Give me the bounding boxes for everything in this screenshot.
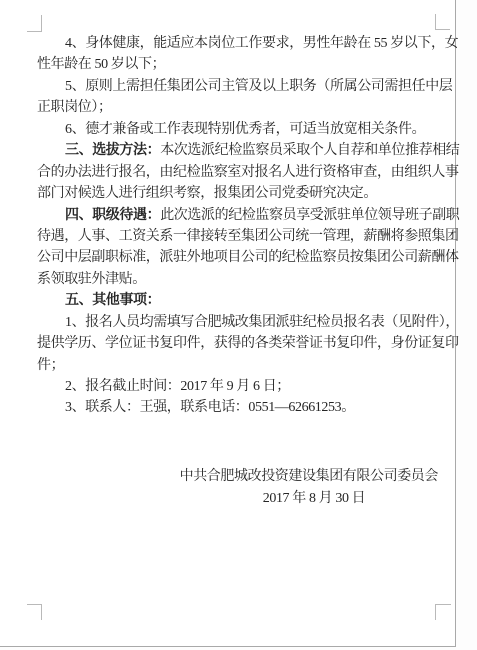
doc-line: 1、报名人员均需填写合肥城改集团派驻纪检员报名表（见附件）， <box>37 312 439 333</box>
doc-line: 6、德才兼备或工作表现特别优秀者，可适当放宽相关条件。 <box>37 119 439 140</box>
doc-line: 4、身体健康，能适应本岗位工作要求，男性年龄在 55 岁以下，女 <box>37 33 439 54</box>
doc-line: 件； <box>37 355 439 376</box>
doc-line: 部门对候选人进行组织考察，报集团公司党委研究决定。 <box>37 183 439 204</box>
doc-line-heading: 五、其他事项： <box>65 293 160 308</box>
doc-line: 待遇，人事、工资关系一律接转至集团公司统一管理，薪酬将参照集团 <box>37 226 439 247</box>
margin-mark-bottom-left <box>27 604 42 620</box>
doc-line: 五、其他事项： <box>37 290 439 311</box>
doc-line-heading: 三、选拔方法： <box>65 143 160 158</box>
margin-mark-bottom-right <box>435 604 451 620</box>
doc-line: 四、职级待遇：此次选派的纪检监察员享受派驻单位领导班子副职 <box>37 205 439 226</box>
margin-mark-top-left <box>27 15 42 32</box>
doc-line: 性年龄在 50 岁以下； <box>37 54 439 75</box>
doc-line: 2、报名截止时间：2017 年 9 月 6 日； <box>37 376 439 397</box>
doc-line: 提供学历、学位证书复印件，获得的各类荣誉证书复印件，身份证复印 <box>37 333 439 354</box>
doc-line: 三、选拔方法：本次选派纪检监察员采取个人自荐和单位推荐相结 <box>37 140 439 161</box>
page-bottom-edge <box>0 646 456 647</box>
signature-date: 2017 年 8 月 30 日 <box>190 488 438 509</box>
margin-mark-top-right <box>435 14 450 30</box>
doc-line: 系领取驻外津贴。 <box>37 269 439 290</box>
doc-line: 3、联系人：王强，联系电话：0551—62661253。 <box>37 397 439 418</box>
doc-line: 正职岗位）； <box>37 97 439 118</box>
doc-line: 公司中层副职标准，派驻外地项目公司的纪检监察员按集团公司薪酬体 <box>37 247 439 268</box>
signature-org: 中共合肥城改投资建设集团有限公司委员会 <box>37 466 438 487</box>
doc-line: 合的办法进行报名，由纪检监察室对报名人进行资格审查，由组织人事 <box>37 162 439 183</box>
doc-line: 5、原则上需担任集团公司主管及以上职务（所属公司需担任中层 <box>37 76 439 97</box>
doc-line-heading: 四、职级待遇： <box>65 208 160 223</box>
document-viewport: 4、身体健康，能适应本岗位工作要求，男性年龄在 55 岁以下，女性年龄在 50 … <box>0 0 477 650</box>
document-lines: 4、身体健康，能适应本岗位工作要求，男性年龄在 55 岁以下，女性年龄在 50 … <box>37 33 439 419</box>
